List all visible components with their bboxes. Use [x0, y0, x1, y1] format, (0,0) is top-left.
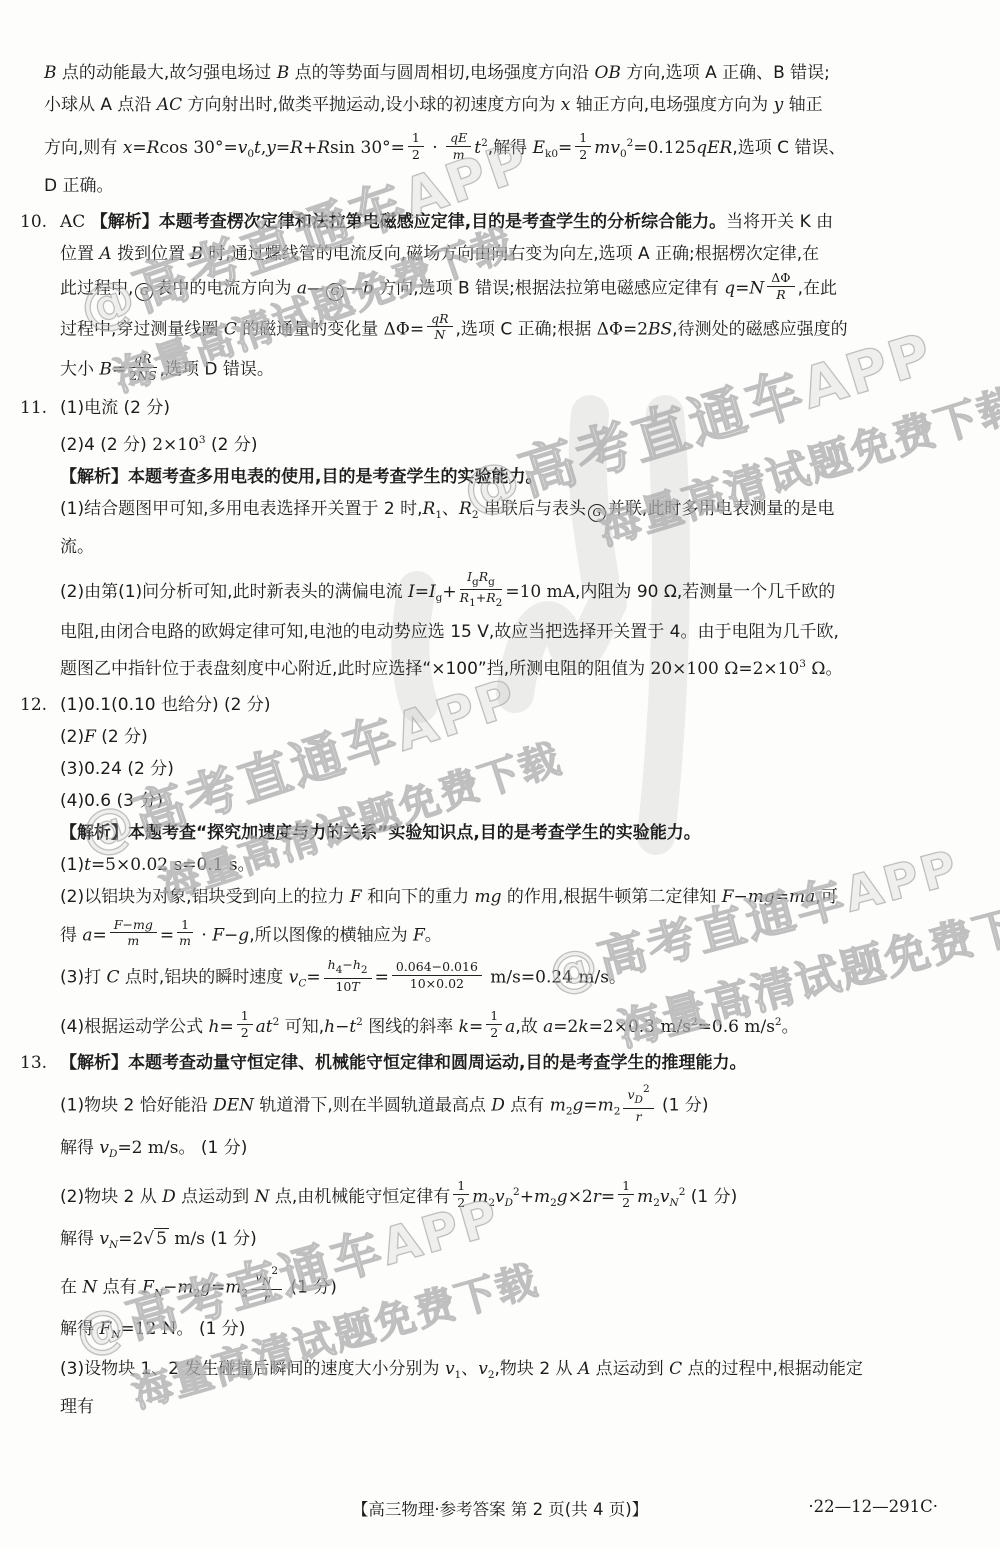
text-seg: v: [627, 1087, 634, 1102]
text-seg: =: [112, 359, 126, 379]
text-seg: 方向射出时,做类平抛运动,设小球的初速度方向为: [182, 95, 561, 115]
text-seg: =: [375, 968, 389, 988]
text-seg: 点,由机械能守恒定律有: [269, 1187, 450, 1207]
text-seg: 得: [60, 925, 82, 945]
text-seg: ma: [789, 887, 815, 907]
subscript: D: [635, 1094, 643, 1106]
text-seg: m: [127, 933, 139, 948]
text-seg: m: [225, 1277, 241, 1297]
text-seg: qER: [696, 138, 732, 158]
text-seg: =0.6 m/s: [698, 1017, 775, 1037]
text-seg: =: [132, 138, 146, 158]
text-seg: 的作用,根据牛顿第二定律知: [502, 887, 722, 907]
text-line: 11.(1)电流 (2 分): [0, 393, 1000, 423]
text-seg: C: [224, 319, 237, 339]
text-seg: (1 分): [685, 1187, 737, 1207]
text-line: 此过程中,G表中的电流方向为 a—G—b 方向,选项 B 错误;根据法拉第电磁感…: [0, 273, 1000, 304]
denominator: r: [251, 1290, 282, 1305]
text-seg: −: [734, 887, 748, 907]
fraction: ΔΦR: [767, 271, 794, 302]
text-seg: =: [601, 1187, 615, 1207]
text-seg: a: [297, 278, 307, 298]
text-seg: 2: [566, 1106, 573, 1118]
text-seg: F: [114, 917, 123, 932]
text-seg: 2: [550, 1197, 557, 1209]
text-line: (2)4 (2 分) 2×103 (2 分): [0, 425, 1000, 460]
text-seg: ,内阻为 90 Ω,若测量一个几千欧的: [575, 582, 835, 602]
text-seg: 1: [457, 1178, 465, 1193]
text-seg: D: [491, 1096, 505, 1116]
text-seg: N: [82, 1277, 97, 1297]
radical-sign: √: [143, 1229, 154, 1249]
text-seg: B: [44, 63, 57, 83]
text-seg: g: [557, 1187, 568, 1207]
denominator: R: [767, 287, 794, 302]
text-seg: T: [351, 979, 359, 994]
fraction: 1m: [177, 918, 193, 949]
text-seg: 【解析】本题考查楞次定律和法拉第电磁感应定律,目的是考查学生的分析综合能力。: [91, 212, 726, 232]
text-line: (1)t=5×0.02 s=0.1 s。: [0, 850, 1000, 880]
text-seg: 1: [241, 1008, 249, 1023]
text-seg: 点的动能最大,故匀强电场过: [57, 63, 277, 83]
denominator: 10×0.02: [392, 976, 482, 991]
numerator: h4−h2: [324, 958, 372, 979]
text-seg: 方向,选项 A 正确、B 错误;: [621, 63, 830, 83]
text-seg: m: [534, 1187, 550, 1207]
subscript: 2: [472, 509, 479, 521]
subscript: 2: [550, 1197, 557, 1209]
numerator: 1: [408, 131, 424, 147]
text-seg: =: [93, 925, 107, 945]
radicand: 5: [154, 1228, 169, 1249]
text-seg: 2: [129, 368, 137, 383]
text-seg: ΔΦ: [771, 270, 790, 285]
fraction: 12: [575, 131, 591, 162]
text-seg: ,可: [815, 887, 837, 907]
text-seg: 方向,则有: [44, 138, 123, 158]
text-line: 在 N 点有 FN−m2g=m2vN2r (1 分): [0, 1268, 1000, 1309]
numerator: ΔΦ: [767, 271, 794, 287]
text-seg: ,选项 C 错误、: [732, 138, 845, 158]
text-seg: 点运动到: [176, 1187, 255, 1207]
numerator: 1: [618, 1179, 634, 1195]
text-seg: =0.125: [633, 138, 696, 158]
text-seg: m: [472, 1187, 488, 1207]
text-seg: 【解析】本题考查“探究加速度与力的关系”实验知识点,目的是考查学生的实验能力。: [60, 823, 701, 843]
text-seg: 2: [481, 137, 488, 149]
subscript: 2: [241, 1287, 248, 1299]
text-seg: 位置: [60, 244, 99, 264]
text-line: 小球从 A 点沿 AC 方向射出时,做类平抛运动,设小球的初速度方向为 x 轴正…: [0, 90, 1000, 120]
text-line: 解得 FN=12 N。 (1 分): [0, 1314, 1000, 1350]
text-seg: m: [550, 1096, 566, 1116]
text-seg: 4: [336, 964, 343, 976]
text-seg: (1 分): [657, 1096, 709, 1116]
text-seg: —: [346, 278, 363, 298]
subscript: 4: [336, 964, 343, 976]
text-seg: v: [478, 1359, 488, 1379]
exam-answer-page: @高考直通车APP海量高清试题免费下载@高考直通车APP海量高清试题免费下载@高…: [0, 0, 1000, 1548]
text-seg: (2 分): [96, 727, 148, 747]
fraction: qEm: [446, 131, 471, 162]
text-seg: N: [434, 327, 445, 342]
text-seg: 点的等势面与圆周相切,电场强度方向沿: [289, 63, 594, 83]
text-seg: C: [106, 968, 119, 988]
text-seg: 。: [609, 968, 626, 988]
text-seg: =2: [553, 1017, 578, 1037]
text-seg: F: [142, 1277, 154, 1297]
text-line: 方向,则有 x=Rcos 30°=v0t,y=R+Rsin 30°=12 · q…: [0, 128, 1000, 169]
text-seg: BS: [648, 319, 672, 339]
text-seg: 轨道滑下,则在半圆轨道最高点: [254, 1096, 491, 1116]
numerator: vD2: [623, 1084, 653, 1109]
text-seg: g: [200, 1277, 211, 1297]
text-seg: 【解析】本题考查动量守恒定律、机械能守恒定律和圆周运动,目的是考查学生的推理能力…: [60, 1053, 746, 1073]
denominator: 2: [618, 1195, 634, 1210]
text-seg: (2)以铝块为对象,铝块受到向上的拉力: [60, 887, 350, 907]
text-seg: I: [429, 582, 436, 602]
subscript: 2: [496, 597, 503, 609]
text-line: 【解析】本题考查“探究加速度与力的关系”实验知识点,目的是考查学生的实验能力。: [0, 818, 1000, 848]
text-seg: 和向下的重力: [362, 887, 475, 907]
text-seg: 。: [825, 659, 842, 679]
text-seg: =: [469, 1017, 483, 1037]
numerator: qE: [446, 131, 471, 147]
denominator: r: [623, 1109, 653, 1124]
text-line: 题图乙中指针位于表盘刻度中心附近,此时应选择“×100”挡,所测电阻的阻值为 2…: [0, 649, 1000, 684]
denominator: 2: [575, 147, 591, 162]
text-seg: 2: [579, 147, 587, 162]
text-seg: —: [307, 278, 324, 298]
text-seg: =2×0.3 m/s: [589, 1017, 691, 1037]
text-seg: ·: [196, 925, 212, 945]
text-seg: 2: [412, 147, 420, 162]
text-line: D 正确。: [0, 171, 1000, 201]
text-seg: g: [238, 925, 249, 945]
text-seg: 的磁通量的变化量: [237, 319, 384, 339]
text-seg: +: [442, 582, 456, 602]
text-seg: 时,通过螺线管的电流反向,磁场方向由向右变为向左,选项 A 正确;根据楞次定律,…: [203, 244, 819, 264]
text-seg: v: [660, 1187, 670, 1207]
fraction: vN2r: [251, 1266, 282, 1305]
text-seg: I: [408, 582, 415, 602]
text-seg: a: [82, 925, 92, 945]
item-marker: 11.: [20, 393, 47, 423]
numerator: 1: [486, 1009, 502, 1025]
text-seg: 1: [435, 509, 442, 521]
subscript: N: [111, 1329, 120, 1341]
text-seg: 1: [579, 130, 587, 145]
text-seg: =: [775, 887, 789, 907]
subscript: N: [154, 1287, 163, 1299]
text-seg: v: [255, 1269, 262, 1284]
text-seg: q: [724, 278, 735, 298]
text-seg: 题图乙中指针位于表盘刻度中心附近,此时应选择“×100”挡,所测电阻的阻值为: [60, 659, 651, 679]
text-line: 10.AC 【解析】本题考查楞次定律和法拉第电磁感应定律,目的是考查学生的分析综…: [0, 207, 1000, 237]
text-seg: ,故: [515, 1017, 543, 1037]
text-seg: (3)设物块 1、2 发生碰撞后瞬间的速度大小分别为: [60, 1359, 445, 1379]
text-seg: D: [635, 1094, 643, 1106]
text-seg: y: [774, 95, 784, 115]
text-line: (1)结合题图甲可知,多用电表选择开关置于 2 时,R1、R2 串联后与表头G并…: [0, 494, 1000, 530]
text-seg: R: [459, 499, 472, 519]
text-seg: v: [99, 1138, 109, 1158]
text-seg: NS: [137, 368, 157, 383]
text-seg: 3: [199, 434, 206, 446]
text-seg: 1: [622, 1178, 630, 1193]
text-seg: ΔΦ=2: [597, 319, 648, 339]
text-seg: v: [238, 138, 248, 158]
text-seg: 过程中,穿过测量线圈: [60, 319, 224, 339]
text-line: B 点的动能最大,故匀强电场过 B 点的等势面与圆周相切,电场强度方向沿 OB …: [0, 58, 1000, 88]
text-line: 12.(1)0.1(0.10 也给分) (2 分): [0, 690, 1000, 720]
text-seg: 点有: [505, 1096, 550, 1116]
text-line: 13.【解析】本题考查动量守恒定律、机械能守恒定律和圆周运动,目的是考查学生的推…: [0, 1048, 1000, 1078]
item-marker: 12.: [20, 690, 47, 720]
text-seg: 2: [271, 1265, 278, 1277]
text-seg: m: [177, 1277, 193, 1297]
text-seg: 轴正: [783, 95, 822, 115]
text-seg: D 正确。: [44, 176, 114, 196]
text-seg: 2: [361, 964, 368, 976]
text-seg: 2: [472, 509, 479, 521]
text-line: 过程中,穿过测量线圈 C 的磁通量的变化量 ΔΦ=qRN,选项 C 正确;根据 …: [0, 314, 1000, 345]
text-seg: −: [335, 1017, 349, 1037]
text-seg: (1)0.1(0.10 也给分) (2 分): [60, 695, 271, 715]
text-seg: m/s: [169, 1229, 205, 1249]
text-seg: v: [445, 1359, 455, 1379]
text-seg: =2 m/s: [117, 1138, 178, 1158]
text-seg: (2): [60, 727, 84, 747]
text-seg: 点运动到: [590, 1359, 669, 1379]
text-seg: 轴正方向,电场强度方向为: [570, 95, 773, 115]
text-seg: 2: [513, 1186, 520, 1198]
text-seg: 2: [622, 1195, 630, 1210]
text-seg: =: [211, 1277, 225, 1297]
superscript: 3: [199, 434, 206, 446]
page-footer: 【高三物理·参考答案 第 2 页(共 4 页)】 ·22—12—291C·: [0, 1496, 1000, 1520]
text-line: (1)物块 2 恰好能沿 DEN 轨道滑下,则在半圆轨道最高点 D 点有 m2g…: [0, 1086, 1000, 1127]
denominator: 10T: [324, 979, 372, 994]
text-seg: 。: [782, 1017, 799, 1037]
text-seg: 方向,选项 B 错误;根据法拉第电磁感应定律有: [374, 278, 724, 298]
text-seg: =: [735, 278, 749, 298]
text-seg: 2: [488, 1369, 495, 1381]
text-seg: m/s=0.24 m/s: [485, 968, 609, 988]
subscript: 2: [488, 1197, 495, 1209]
fraction: 12: [453, 1179, 469, 1210]
text-line: 解得 vD=2 m/s。 (1 分): [0, 1133, 1000, 1169]
text-seg: h: [208, 1017, 219, 1037]
text-seg: N: [262, 1276, 271, 1288]
text-seg: 理有: [60, 1397, 94, 1417]
subscript: 2: [488, 1369, 495, 1381]
paper-code: ·22—12—291C·: [808, 1497, 938, 1516]
subscript: D: [505, 1197, 513, 1209]
text-line: (3)打 C 点时,铝块的瞬时速度 vC=h4−h210T=0.064−0.01…: [0, 960, 1000, 999]
numerator: qR: [427, 312, 452, 328]
text-seg: R: [423, 499, 436, 519]
text-seg: ,选项 D 错误。: [160, 359, 274, 379]
text-seg: R: [486, 590, 495, 605]
fraction: 12: [486, 1009, 502, 1040]
superscript: 2: [271, 1265, 278, 1277]
text-seg: t: [84, 855, 91, 875]
text-seg: 。 (1 分): [177, 1319, 246, 1339]
text-seg: R: [479, 569, 488, 584]
text-seg: qR: [134, 351, 151, 366]
text-seg: 2: [356, 1016, 363, 1028]
sqrt: √5: [143, 1228, 169, 1249]
subscript: g: [488, 576, 495, 588]
fraction: h4−h210T: [324, 958, 372, 993]
text-seg: (1)结合题图甲可知,多用电表选择开关置于 2 时,: [60, 499, 423, 519]
text-seg: mv: [594, 138, 620, 158]
text-line: (3)0.24 (2 分): [0, 754, 1000, 784]
superscript: 3: [799, 658, 806, 670]
text-line: 理有: [0, 1392, 1000, 1422]
text-seg: 2: [653, 1197, 660, 1209]
text-seg: =: [583, 1096, 597, 1116]
numerator: 1: [453, 1179, 469, 1195]
text-seg: 图线的斜率: [363, 1017, 459, 1037]
text-seg: B: [191, 244, 204, 264]
denominator: 2: [486, 1025, 502, 1040]
text-seg: 2: [614, 1106, 621, 1118]
text-seg: ,解得: [488, 138, 533, 158]
item-marker: 13.: [20, 1048, 47, 1078]
text-seg: 小球从 A 点沿: [44, 95, 157, 115]
text-seg: (2 分): [206, 435, 258, 455]
superscript: 2: [775, 1016, 782, 1028]
text-seg: 电阻,由闭合电路的欧姆定律可知,电池的电动势应选 15 V,故应当把选择开关置于…: [60, 622, 839, 642]
text-seg: F: [212, 925, 224, 945]
text-seg: a: [505, 1017, 515, 1037]
text-seg: v: [495, 1187, 505, 1207]
text-line: (4)0.6 (3 分): [0, 786, 1000, 816]
text-seg: 解得: [60, 1229, 99, 1249]
text-seg: x: [123, 138, 133, 158]
superscript: 2: [356, 1016, 363, 1028]
superscript: 2: [481, 137, 488, 149]
fraction: F−mgm: [110, 918, 157, 949]
text-seg: 20×100 Ω=2×10: [651, 659, 800, 679]
text-seg: 10: [335, 979, 351, 994]
text-seg: E: [533, 138, 545, 158]
text-seg: (2)物块 2 从: [60, 1187, 162, 1207]
text-seg: 。: [238, 855, 255, 875]
denominator: N: [427, 327, 452, 342]
text-seg: mg: [475, 887, 502, 907]
text-seg: =10 mA: [505, 582, 575, 602]
text-seg: 表中的电流方向为: [155, 278, 296, 298]
text-seg: AC: [157, 95, 182, 115]
denominator: 2: [453, 1195, 469, 1210]
text-seg: 1: [490, 1008, 498, 1023]
subscript: 0: [620, 148, 627, 160]
fraction: qRN: [427, 312, 452, 343]
text-seg: ,所以图像的横轴应为: [249, 925, 413, 945]
text-seg: g: [573, 1096, 584, 1116]
subscript: k0: [545, 148, 558, 160]
subscript: 2: [566, 1106, 573, 1118]
text-seg: (4)根据运动学公式: [60, 1017, 208, 1037]
text-seg: (2)4 (2 分): [60, 435, 152, 455]
text-line: (2)以铝块为对象,铝块受到向上的拉力 F 和向下的重力 mg 的作用,根据牛顿…: [0, 882, 1000, 912]
text-seg: (1)物块 2 恰好能沿: [60, 1096, 213, 1116]
text-seg: =: [558, 138, 572, 158]
text-seg: 、: [442, 499, 459, 519]
text-seg: 解得: [60, 1319, 99, 1339]
text-seg: 大小: [60, 359, 99, 379]
galvanometer-circle-icon: G: [135, 283, 153, 301]
text-seg: C: [669, 1359, 682, 1379]
text-seg: N: [255, 1187, 270, 1207]
text-seg: N: [111, 1329, 120, 1341]
text-seg: R: [460, 590, 469, 605]
text-seg: =: [219, 1017, 233, 1037]
text-seg: 3: [799, 658, 806, 670]
text-seg: v: [99, 1229, 109, 1249]
text-seg: F: [722, 887, 734, 907]
text-seg: m: [453, 147, 465, 162]
subscript: 2: [653, 1197, 660, 1209]
text-seg: 流。: [60, 537, 94, 557]
text-seg: 2: [490, 1025, 498, 1040]
text-seg: A: [578, 1359, 590, 1379]
fraction: 12: [618, 1179, 634, 1210]
fraction: qR2NS: [129, 352, 156, 383]
text-seg: 0: [620, 148, 627, 160]
numerator: IgRg: [460, 570, 503, 591]
fraction: vD2r: [623, 1084, 653, 1123]
text-seg: 2: [241, 1287, 248, 1299]
text-seg: b: [363, 278, 374, 298]
numerator: 1: [237, 1009, 253, 1025]
text-seg: R: [147, 138, 160, 158]
text-seg: 2: [775, 1016, 782, 1028]
text-seg: 。 (1 分): [178, 1138, 247, 1158]
text-seg: k: [578, 1017, 588, 1037]
text-seg: B: [99, 359, 112, 379]
text-seg: 0.064−0.016: [396, 959, 478, 974]
text-seg: N: [749, 278, 764, 298]
text-seg: a: [543, 1017, 553, 1037]
text-seg: r: [593, 1187, 601, 1207]
answer-content: B 点的动能最大,故匀强电场过 B 点的等势面与圆周相切,电场强度方向沿 OB …: [0, 58, 1000, 1424]
text-seg: 2: [457, 1195, 465, 1210]
text-seg: r: [264, 1290, 270, 1305]
text-seg: =: [306, 968, 320, 988]
text-line: 大小 B=qR2NS,选项 D 错误。: [0, 354, 1000, 385]
text-seg: 串联后与表头: [479, 499, 586, 519]
text-seg: −: [122, 917, 132, 932]
numerator: 0.064−0.016: [392, 960, 482, 976]
text-seg: h: [328, 957, 336, 972]
text-seg: N: [670, 1197, 679, 1209]
text-seg: 并联,此时多用电表测量的是电: [608, 499, 834, 519]
text-line: (2)由第(1)问分析可知,此时新表头的满偏电流 I=Ig+IgRgR1+R2=…: [0, 572, 1000, 613]
text-seg: ,物块 2 从: [495, 1359, 578, 1379]
text-seg: ×2: [568, 1187, 593, 1207]
text-seg: 1: [181, 917, 189, 932]
text-seg: ,选项 C 正确;根据: [456, 319, 597, 339]
text-seg: mg: [748, 887, 775, 907]
galvanometer-circle-icon: G: [588, 504, 606, 522]
text-seg: R: [776, 287, 785, 302]
numerator: F−mg: [110, 918, 157, 934]
text-seg: =: [276, 138, 290, 158]
